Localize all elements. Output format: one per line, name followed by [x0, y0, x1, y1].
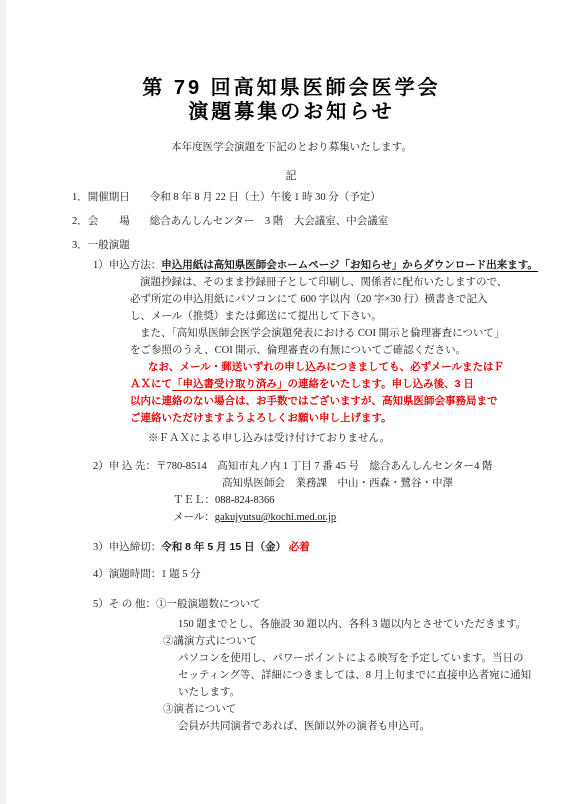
- fax-note-line: ※ＦＡＸによる申し込みは受け付けておりません。: [148, 430, 542, 447]
- document-body: 1．開催期日令和 8 年 8 月 22 日（土）午後 1 時 30 分（予定） …: [72, 189, 542, 735]
- mail-line: メール：gakujyutsu@kochi.med.or.jp: [173, 509, 542, 526]
- red-notice-line4: ご連絡いただけますようよろしくお願い申し上げます。: [130, 410, 542, 427]
- venue-line: 2．会 場総合あんしんセンター 3 階 大会議室、中会議室: [72, 213, 542, 230]
- method-headline: 申込用紙は高知県医師会ホームページ「お知らせ」からダウンロード出来ます。: [161, 259, 538, 272]
- others-number: 5）: [93, 599, 109, 610]
- event-date-line: 1．開催期日令和 8 年 8 月 22 日（土）午後 1 時 30 分（予定）: [72, 189, 542, 206]
- others-point2-line1: パソコンを使用し、パワーポイントによる映写を予定しています。当日の: [178, 650, 542, 667]
- venue-value: 総合あんしんセンター 3 階 大会議室、中会議室: [150, 216, 388, 227]
- application-method-line: 1）申込方法：申込用紙は高知県医師会ホームページ「お知らせ」からダウンロード出来…: [93, 257, 542, 274]
- address-line2: 高知県医師会 業務課 中山・西森・鷺谷・中澤: [222, 475, 542, 492]
- address-line1: 2）申 込 先：〒780-8514 高知市丸ノ内 1 丁目 7 番 45 号 総…: [93, 458, 542, 475]
- others-point2-line2: セッティング等、詳細につきましては、8 月上旬までに直接申込者宛に通知: [178, 667, 542, 684]
- address-label: 申 込 先：: [109, 461, 156, 472]
- event-date-number: 1．: [72, 192, 88, 203]
- page-edge-shadow: [0, 0, 6, 804]
- tel-number: 088-824-8366: [215, 495, 275, 506]
- red-notice-line2-post: の連絡をいたします。申し込み後、3 日: [288, 378, 474, 390]
- title-line-2: 演題募集のお知らせ: [188, 101, 394, 123]
- deadline-emphasis: 必着: [289, 541, 310, 553]
- red-notice-line2-pre: ＡＸにて: [130, 378, 172, 390]
- method-label: 申込方法：: [109, 260, 162, 271]
- method-para1-line3: し、メール（推奨）または郵送にて提出して下さい。: [130, 308, 542, 325]
- duration-line: 4）演題時間：1 題 5 分: [93, 566, 542, 583]
- others-line: 5）そ の 他：①一般演題数について: [93, 596, 542, 613]
- method-para2-line2: をご参照のうえ、COI 開示、倫理審査の有無についてご確認ください。: [130, 342, 542, 359]
- duration-value: 1 題 5 分: [161, 569, 200, 580]
- others-point1-text: 150 題までとし、各施設 30 題以内、各科 3 題以内とさせていただきます。: [178, 616, 542, 633]
- others-point3-text: 会員が共同演者であれば、医師以外の演者も申込可。: [178, 718, 542, 735]
- others-label: そ の 他：: [109, 599, 156, 610]
- deadline-label: 申込締切：: [109, 542, 162, 553]
- others-point2-line3: いたします。: [178, 684, 542, 701]
- general-topics-line: 3．一般演題: [72, 237, 542, 254]
- others-point1-title: ①一般演題数について: [156, 599, 261, 610]
- method-para1-line1: 演題抄録は、そのまま抄録冊子として印刷し、関係者に配布いたしますので、: [130, 274, 542, 291]
- title-line-1: 第 79 回高知県医師会医学会: [142, 77, 440, 99]
- method-number: 1）: [93, 260, 109, 271]
- method-para1-line2: 必ず所定の申込用紙にパソコンにて 600 字以内（20 字×30 行）横書きで記…: [130, 291, 542, 308]
- method-para2-line1: また、「高知県医師会医学会演題発表における COI 開示と倫理審査について」: [130, 325, 542, 342]
- address-value: 〒780-8514 高知市丸ノ内 1 丁目 7 番 45 号 総合あんしんセンタ…: [156, 461, 492, 472]
- tel-label: ＴＥＬ：: [173, 495, 215, 506]
- duration-label: 演題時間：: [109, 569, 162, 580]
- red-notice-underlined: 「申込書受け取り済み」: [172, 378, 288, 391]
- general-topics-label: 一般演題: [88, 240, 130, 251]
- deadline-number: 3）: [93, 542, 109, 553]
- intro-text: 本年度医学会演題を下記のとおり募集いたします。: [0, 140, 583, 155]
- address-number: 2）: [93, 461, 109, 472]
- duration-number: 4）: [93, 569, 109, 580]
- event-date-value: 令和 8 年 8 月 22 日（土）午後 1 時 30 分（予定）: [150, 192, 381, 203]
- venue-label: 会 場: [88, 216, 130, 227]
- document-page: 第 79 回高知県医師会医学会 演題募集のお知らせ 本年度医学会演題を下記のとお…: [0, 0, 583, 804]
- general-topics-number: 3．: [72, 240, 88, 251]
- deadline-date: 令和 8 年 5 月 15 日（金）: [161, 541, 286, 553]
- others-point3-title: ③演者について: [163, 701, 542, 718]
- section-mark: 記: [0, 167, 583, 183]
- deadline-line: 3）申込締切：令和 8 年 5 月 15 日（金） 必着: [93, 539, 542, 556]
- mail-address-link[interactable]: gakujyutsu@kochi.med.or.jp: [215, 512, 336, 523]
- document-title: 第 79 回高知県医師会医学会 演題募集のお知らせ: [0, 76, 583, 124]
- venue-number: 2．: [72, 216, 88, 227]
- red-notice-line1: なお、メール・郵送いずれの申し込みにつきましても、必ずメールまたはＦ: [130, 359, 542, 376]
- red-notice-line3: 以内に連絡のない場合は、お手数ではございますが、高知県医師会事務局まで: [130, 393, 542, 410]
- mail-label: メール：: [173, 512, 215, 523]
- red-notice-line2: ＡＸにて「申込書受け取り済み」の連絡をいたします。申し込み後、3 日: [130, 376, 542, 393]
- event-date-label: 開催期日: [88, 192, 130, 203]
- others-point2-title: ②講演方式について: [163, 633, 542, 650]
- tel-line: ＴＥＬ：088-824-8366: [173, 492, 542, 509]
